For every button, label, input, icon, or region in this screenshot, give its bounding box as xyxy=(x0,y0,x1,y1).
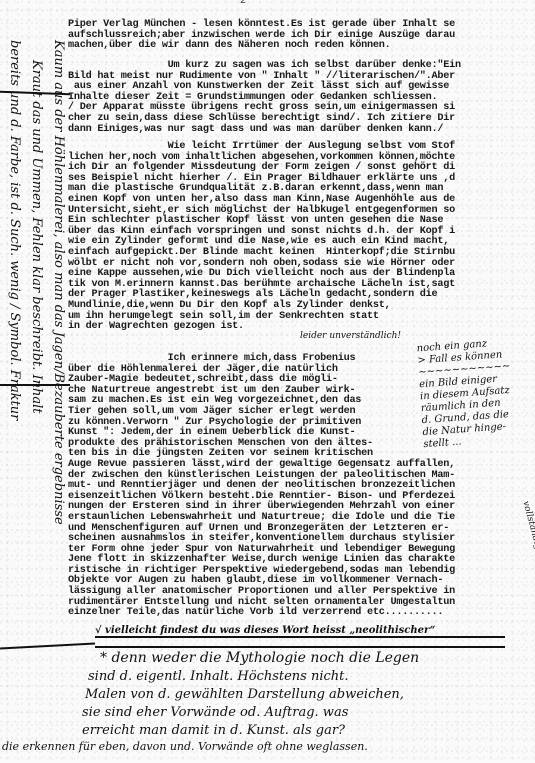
left-margin-note-col-3: bereits und d. Farbe, ist d. Such. wenig… xyxy=(7,40,22,420)
handwritten-note-line-5: erreicht man damit in d. Kunst. als gar? xyxy=(82,722,345,739)
handwritten-note-line-3: Malen von d. gewählten Darstellung abwei… xyxy=(85,686,404,703)
left-margin-note-col-2: Kraut das und Ummen, Fehlen klar beschre… xyxy=(29,60,44,414)
left-margin-note-col-1: Kaum aus der Höhlenmalerei, also man das… xyxy=(51,40,66,525)
scanned-letter-page: 2 Piper Verlag München - lesen könntest.… xyxy=(0,0,535,763)
typed-line: einfach aufgepickt.Der Blinde macht kein… xyxy=(68,248,535,259)
typed-line: machen,über die wir dann des Näheren noc… xyxy=(68,41,535,52)
note-underline xyxy=(95,636,505,638)
typed-line: erstaunlichen Lebenswahrheit und Naturtr… xyxy=(68,513,535,524)
typed-line: einen Kopf von unten her,also dass man K… xyxy=(68,195,535,206)
handwritten-note-line-4: sie sind eher Vorwände od. Auftrag. was xyxy=(82,704,348,721)
paragraph-intro: Piper Verlag München - lesen könntest.Es… xyxy=(68,20,535,52)
page-number: 2 xyxy=(240,0,246,7)
typed-line: Auge Revue passieren lässt,wird der gewa… xyxy=(68,460,535,471)
right-margin-handwritten-note: noch ein ganz> Fall es können~~~~~~~~~~~… xyxy=(416,337,515,451)
inline-handwritten-note: leider unverständlich! xyxy=(300,331,401,341)
handwritten-note-line-1: * denn weder die Mythologie noch die Leg… xyxy=(100,650,419,667)
left-margin-stroke-bottom xyxy=(0,643,95,649)
left-margin-stroke-mid xyxy=(0,384,70,386)
typed-line: dann Einiges,was nur sagt dass und was m… xyxy=(68,125,535,136)
note-separator xyxy=(95,646,505,648)
paragraph-opinion: Um kurz zu sagen was ich selbst darüber … xyxy=(68,61,535,135)
handwritten-note-line-6: die erkennen für eben, davon und. Vorwän… xyxy=(2,738,368,755)
typed-line: Um kurz zu sagen was ich selbst darüber … xyxy=(68,61,535,72)
typed-line: einzelner Teile,das natürliche Vorb ild … xyxy=(68,608,535,619)
paragraph-sculpture: Wie leicht Irrtümer der Auslegung selbst… xyxy=(68,142,535,333)
handwritten-note-line-2: sind d. eigentl. Inhalt. Höchstens nicht… xyxy=(88,668,349,685)
typed-line: cher zu sein,dass diese Schlüsse berecht… xyxy=(68,114,535,125)
typed-line: Piper Verlag München - lesen könntest.Es… xyxy=(68,20,535,31)
typed-line: Wie leicht Irrtümer der Auslegung selbst… xyxy=(68,142,535,153)
typed-line: Mundlinie,die,wenn Du Dir den Kopf als Z… xyxy=(68,301,535,312)
